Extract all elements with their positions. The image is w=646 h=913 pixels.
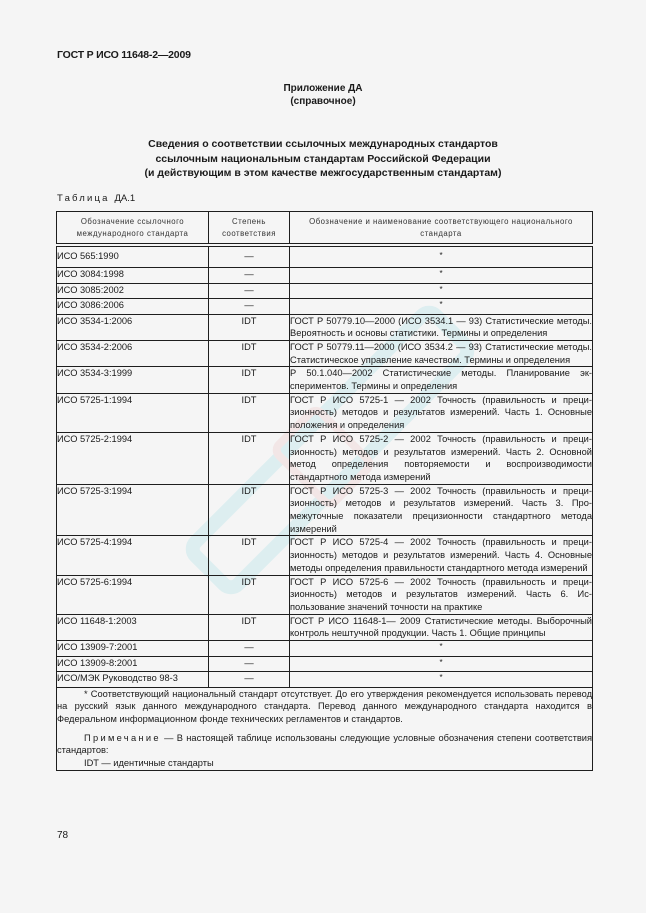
standard-code-cell: ИСО 13909-8:2001 xyxy=(57,656,209,672)
national-standard-cell: ГОСТ Р ИСО 11648-1— 2009 Статистические … xyxy=(290,614,593,640)
standard-code-cell: ИСО 3084:1998 xyxy=(57,268,209,284)
table-row: ИСО 11648-1:2003IDTГОСТ Р ИСО 11648-1— 2… xyxy=(57,614,593,640)
standard-code-cell: ИСО 3534-1:2006 xyxy=(57,314,209,340)
standards-correspondence-table: Обозначение ссылочного международного ст… xyxy=(56,211,593,771)
standard-code-cell: ИСО 5725-1:1994 xyxy=(57,393,209,432)
standard-code-cell: ИСО 5725-4:1994 xyxy=(57,536,209,575)
national-standard-cell: ГОСТ Р ИСО 5725-2 — 2002 Точность (прави… xyxy=(290,432,593,484)
degree-cell: — xyxy=(209,672,290,688)
degree-cell: IDT xyxy=(209,367,290,393)
national-standard-cell: * xyxy=(290,283,593,299)
standard-code-cell: ИСО 3086:2006 xyxy=(57,299,209,315)
degree-cell: — xyxy=(209,268,290,284)
section-title: Сведения о соответствии ссылочных междун… xyxy=(0,137,646,181)
degree-legend: IDT — идентичные стандарты xyxy=(57,757,592,770)
title-line: ссылочным национальным стандартам Россий… xyxy=(0,152,646,167)
footnote: * Соответствующий национальный стандарт … xyxy=(57,688,592,726)
note: Примечание — В настоящей таблице использ… xyxy=(57,732,592,757)
degree-cell: IDT xyxy=(209,314,290,340)
table-row: ИСО 565:1990—* xyxy=(57,245,593,268)
degree-cell: — xyxy=(209,641,290,657)
standard-code-cell: ИСО 3085:2002 xyxy=(57,283,209,299)
standard-code-cell: ИСО 5725-2:1994 xyxy=(57,432,209,484)
title-line: (и действующим в этом качестве межгосуда… xyxy=(0,166,646,181)
degree-cell: IDT xyxy=(209,536,290,575)
national-standard-cell: ГОСТ Р 50779.10—2000 (ИСО 3534.1 — 93) С… xyxy=(290,314,593,340)
national-standard-cell: ГОСТ Р ИСО 5725-3 — 2002 Точность (прави… xyxy=(290,484,593,536)
standard-code-cell: ИСО 11648-1:2003 xyxy=(57,614,209,640)
table-row: ИСО 3534-3:1999IDTР 50.1.040—2002 Статис… xyxy=(57,367,593,393)
national-standard-cell: ГОСТ Р ИСО 5725-4 — 2002 Точность (прави… xyxy=(290,536,593,575)
table-row: ИСО 13909-8:2001—* xyxy=(57,656,593,672)
note-label: Примечание xyxy=(84,733,161,743)
standard-code-cell: ИСО 5725-6:1994 xyxy=(57,575,209,614)
national-standard-cell: * xyxy=(290,672,593,688)
header-national-standard: Обозначение и наименование соответствующ… xyxy=(290,212,593,246)
table-row: ИСО 5725-3:1994IDTГОСТ Р ИСО 5725-3 — 20… xyxy=(57,484,593,536)
degree-cell: IDT xyxy=(209,393,290,432)
table-row: ИСО/МЭК Руководство 98-3—* xyxy=(57,672,593,688)
appendix-subtitle: (справочное) xyxy=(0,96,646,109)
table-notes-row: * Соответствующий национальный стандарт … xyxy=(57,687,593,770)
degree-cell: IDT xyxy=(209,340,290,366)
national-standard-cell: * xyxy=(290,299,593,315)
degree-cell: IDT xyxy=(209,575,290,614)
standard-code-cell: ИСО 13909-7:2001 xyxy=(57,641,209,657)
degree-cell: IDT xyxy=(209,484,290,536)
standard-code-cell: ИСО 3534-2:2006 xyxy=(57,340,209,366)
page-number: 78 xyxy=(57,830,68,841)
table-row: ИСО 5725-4:1994IDTГОСТ Р ИСО 5725-4 — 20… xyxy=(57,536,593,575)
table-label: Таблица ДА.1 xyxy=(57,193,135,204)
table-row: ИСО 5725-6:1994IDTГОСТ Р ИСО 5725-6 — 20… xyxy=(57,575,593,614)
national-standard-cell: Р 50.1.040—2002 Статистические методы. П… xyxy=(290,367,593,393)
degree-cell: — xyxy=(209,656,290,672)
table-row: ИСО 5725-1:1994IDTГОСТ Р ИСО 5725-1 — 20… xyxy=(57,393,593,432)
national-standard-cell: * xyxy=(290,641,593,657)
header-degree: Степень соответствия xyxy=(209,212,290,246)
national-standard-cell: ГОСТ Р 50779.11—2000 (ИСО 3534.2 — 93) С… xyxy=(290,340,593,366)
table-label-number: ДА.1 xyxy=(115,193,136,204)
national-standard-cell: * xyxy=(290,245,593,268)
document-code: ГОСТ Р ИСО 11648-2—2009 xyxy=(57,49,191,61)
table-label-word: Таблица xyxy=(57,193,110,204)
standard-code-cell: ИСО/МЭК Руководство 98-3 xyxy=(57,672,209,688)
national-standard-cell: ГОСТ Р ИСО 5725-6 — 2002 Точность (прави… xyxy=(290,575,593,614)
table-row: ИСО 3084:1998—* xyxy=(57,268,593,284)
standard-code-cell: ИСО 565:1990 xyxy=(57,245,209,268)
table-row: ИСО 3534-1:2006IDTГОСТ Р 50779.10—2000 (… xyxy=(57,314,593,340)
table-row: ИСО 5725-2:1994IDTГОСТ Р ИСО 5725-2 — 20… xyxy=(57,432,593,484)
degree-cell: IDT xyxy=(209,432,290,484)
appendix-title: Приложение ДА xyxy=(0,83,646,96)
table-row: ИСО 3086:2006—* xyxy=(57,299,593,315)
table-row: ИСО 3085:2002—* xyxy=(57,283,593,299)
table-header-row: Обозначение ссылочного международного ст… xyxy=(57,212,593,246)
table-row: ИСО 13909-7:2001—* xyxy=(57,641,593,657)
degree-cell: — xyxy=(209,283,290,299)
degree-cell: IDT xyxy=(209,614,290,640)
standard-code-cell: ИСО 3534-3:1999 xyxy=(57,367,209,393)
degree-cell: — xyxy=(209,245,290,268)
national-standard-cell: * xyxy=(290,656,593,672)
national-standard-cell: * xyxy=(290,268,593,284)
appendix-heading: Приложение ДА (справочное) xyxy=(0,83,646,108)
degree-cell: — xyxy=(209,299,290,315)
standard-code-cell: ИСО 5725-3:1994 xyxy=(57,484,209,536)
national-standard-cell: ГОСТ Р ИСО 5725-1 — 2002 Точность (прави… xyxy=(290,393,593,432)
header-international-standard: Обозначение ссылочного международного ст… xyxy=(57,212,209,246)
table-row: ИСО 3534-2:2006IDTГОСТ Р 50779.11—2000 (… xyxy=(57,340,593,366)
table-notes: * Соответствующий национальный стандарт … xyxy=(57,687,593,770)
title-line: Сведения о соответствии ссылочных междун… xyxy=(0,137,646,152)
